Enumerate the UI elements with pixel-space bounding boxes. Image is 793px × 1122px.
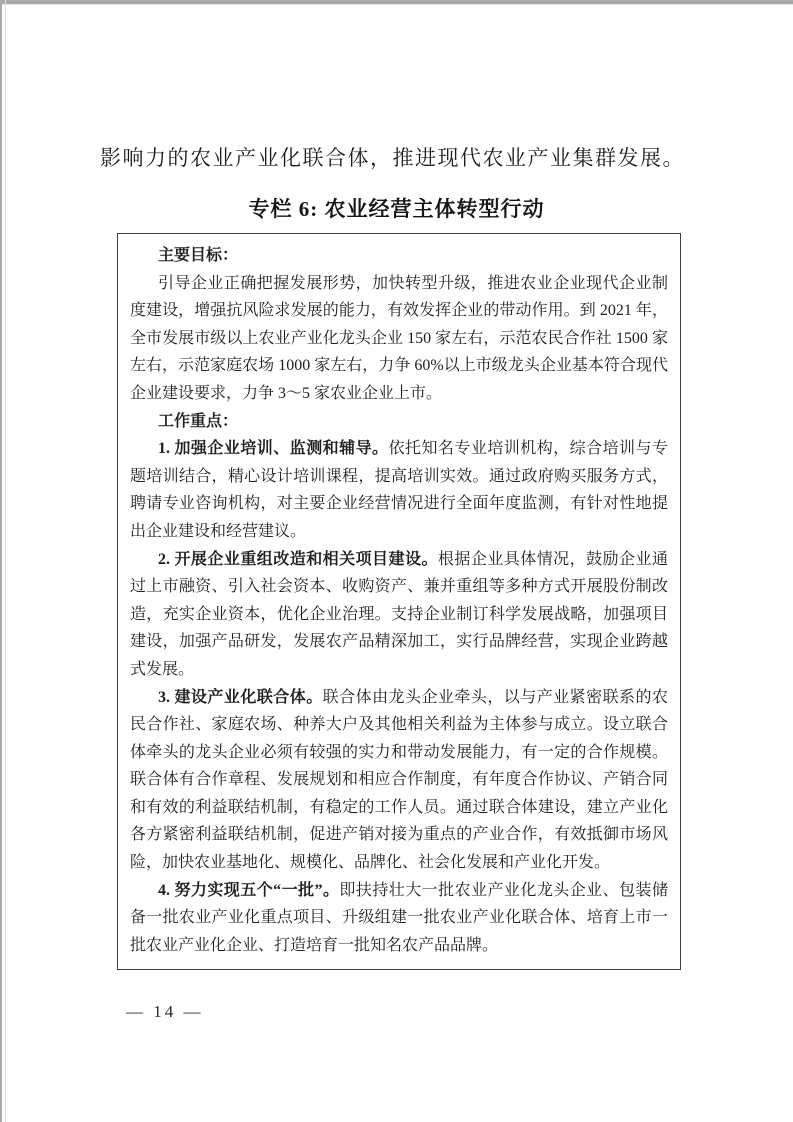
page-number: — 14 — — [126, 1002, 204, 1022]
work-item-3: 3. 建设产业化联合体。联合体由龙头企业牵头，以与产业紧密联系的农民合作社、家庭… — [130, 684, 668, 877]
work-item-3-text: 联合体由龙头企业牵头，以与产业紧密联系的农民合作社、家庭农场、种养大户及其他相关… — [130, 689, 668, 872]
callout-box: 主要目标： 引导企业正确把握发展形势，加快转型升级，推进农业企业现代企业制度建设… — [117, 233, 681, 970]
callout-box-title: 专栏 6: 农业经营主体转型行动 — [0, 193, 793, 223]
work-item-2-text: 根据企业具体情况，鼓励企业通过上市融资、引入社会资本、收购资产、兼并重组等多种方… — [130, 551, 668, 678]
goals-heading: 主要目标： — [130, 242, 668, 270]
scan-edge-left — [0, 0, 2, 1122]
work-points-heading: 工作重点： — [130, 408, 668, 436]
work-item-1-lead: 1. 加强企业培训、监测和辅导。 — [158, 440, 389, 457]
scan-edge-top — [0, 0, 793, 5]
intro-paragraph: 影响力的农业产业化联合体，推进现代农业产业集群发展。 — [100, 143, 700, 174]
work-item-2: 2. 开展企业重组改造和相关项目建设。根据企业具体情况，鼓励企业通过上市融资、引… — [130, 546, 668, 684]
work-item-1: 1. 加强企业培训、监测和辅导。依托知名专业培训机构，综合培训与专题培训结合，精… — [130, 435, 668, 545]
work-item-3-lead: 3. 建设产业化联合体。 — [158, 689, 323, 706]
work-item-2-lead: 2. 开展企业重组改造和相关项目建设。 — [158, 551, 438, 568]
scan-edge-left-inner — [5, 0, 6, 1122]
work-item-4-lead: 4. 努力实现五个“一批”。 — [158, 882, 339, 899]
work-item-4: 4. 努力实现五个“一批”。即扶持壮大一批农业产业化龙头企业、包装储备一批农业产… — [130, 877, 668, 960]
goals-paragraph: 引导企业正确把握发展形势，加快转型升级，推进农业企业现代企业制度建设，增强抗风险… — [130, 270, 668, 408]
